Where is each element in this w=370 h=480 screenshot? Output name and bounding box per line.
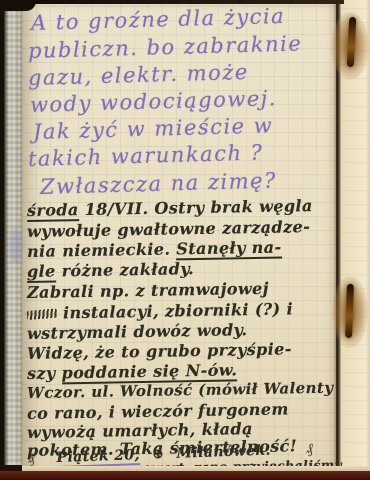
scribbled-out-word [27, 308, 58, 320]
flourish-mark: ₰ [306, 441, 314, 458]
handwriting-text: instalacyi, zbiorniki (?) i [63, 299, 293, 322]
cover-top-left-corner [0, 0, 36, 11]
handwriting-text: różne zakłady. [55, 259, 194, 280]
underlined-text: gle [27, 262, 56, 283]
margin-ink-smudge [9, 228, 22, 264]
cover-bottom-edge [0, 471, 370, 480]
handwriting-text: wstrzymali dowóz wody. [27, 320, 248, 343]
handwriting-line: wstrzymali dowóz wody. [27, 320, 248, 343]
underlined-text: Stanęły na- [176, 238, 282, 261]
handwriting-line: gle różne zakłady. [27, 259, 194, 281]
handwriting-line: szy poddanie się N-ów. [27, 360, 238, 383]
cover-top-edge [0, 0, 344, 4]
handwriting-line: nia niemieckie. Stanęły na- [27, 238, 282, 261]
entry-date-underlined: środa [27, 200, 79, 222]
handwriting-text: nia niemieckie. [27, 239, 177, 261]
handwriting-text: szy [27, 363, 62, 383]
notebook-photo: A to groźne dla życia publiczn. bo zabra… [0, 0, 370, 480]
handwriting-text: 18/VII. Ostry brak węgla [78, 196, 312, 219]
